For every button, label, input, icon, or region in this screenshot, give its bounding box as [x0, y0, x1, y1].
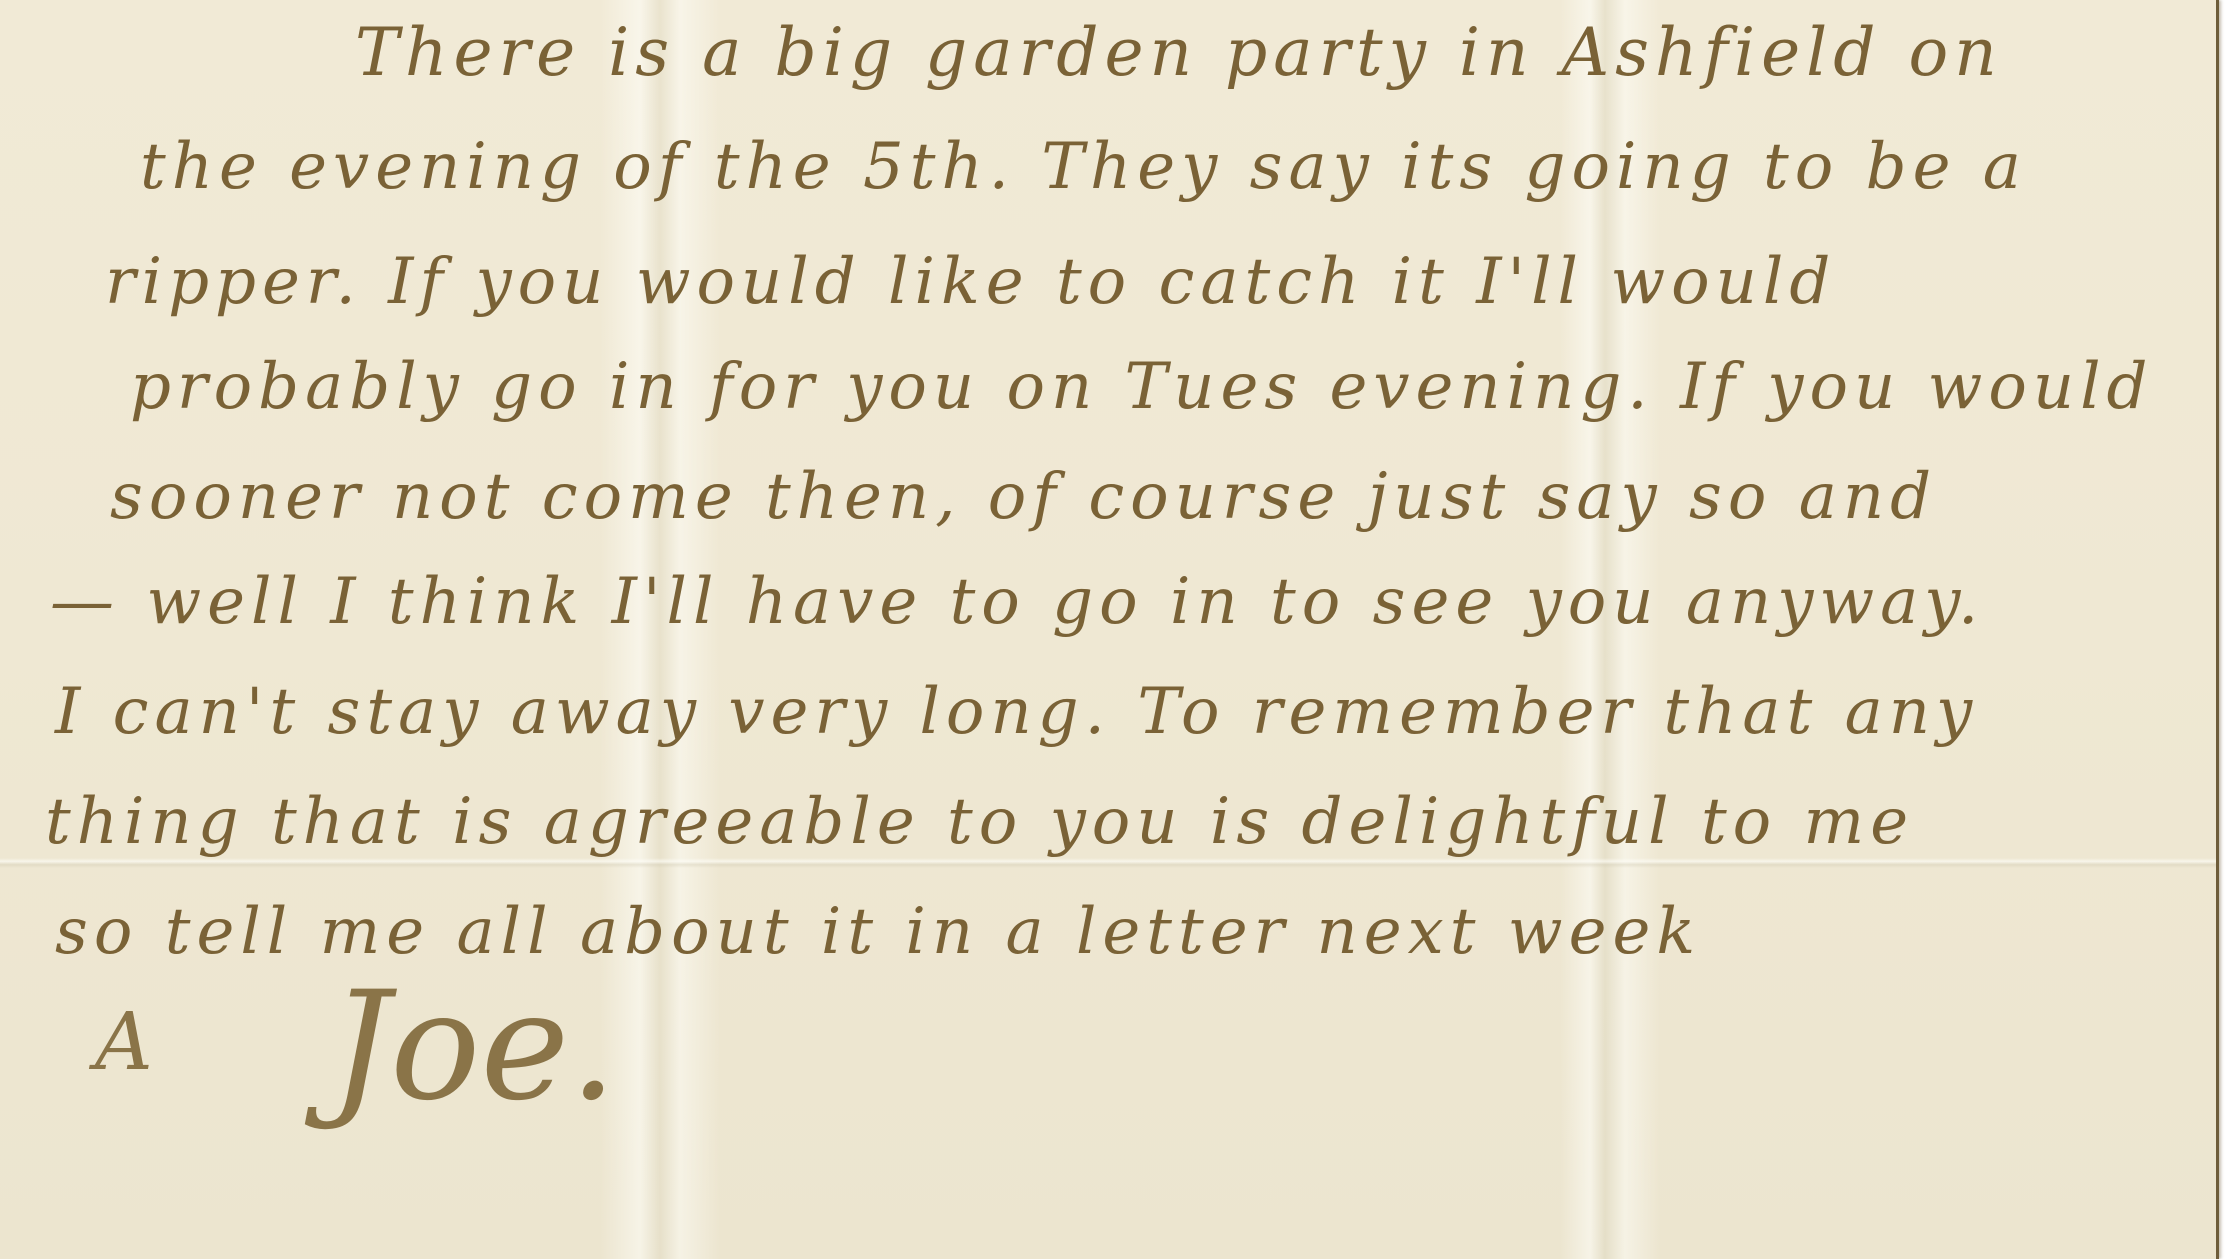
letter-line-8: thing that is agreeable to you is deligh…	[45, 790, 1914, 854]
signature: Joe.	[330, 960, 617, 1134]
letter-paper: There is a big garden party in Ashfield …	[0, 0, 2219, 1259]
letter-line-5: sooner not come then, of course just say…	[110, 465, 1937, 529]
letter-line-1: There is a big garden party in Ashfield …	[355, 20, 2003, 86]
closing-initial: A	[95, 995, 153, 1088]
letter-line-9: so tell me all about it in a letter next…	[55, 900, 1701, 964]
letter-line-7: I can't stay away very long. To remember…	[55, 680, 1978, 744]
letter-line-4: probably go in for you on Tues evening. …	[130, 355, 2154, 419]
letter-line-3: ripper. If you would like to catch it I'…	[105, 250, 1836, 314]
letter-line-6: — well I think I'll have to go in to see…	[50, 570, 1984, 634]
paper-fold	[0, 858, 2216, 868]
letter-line-2: the evening of the 5th. They say its goi…	[140, 135, 2027, 199]
